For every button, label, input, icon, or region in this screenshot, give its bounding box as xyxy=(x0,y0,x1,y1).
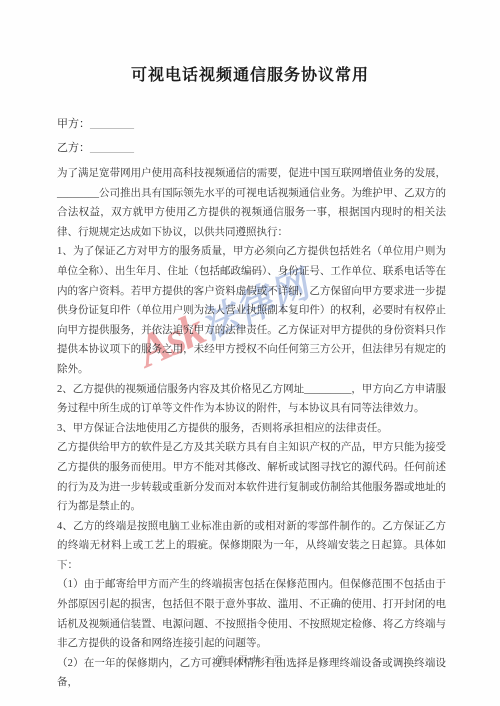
paragraph-clause-3: 3、甲方保证合法地使用乙方提供的服务，否则将承担相应的法律责任。 xyxy=(57,419,446,439)
document-body: 为了满足宽带网用户使用高科技视频通信的需要，促进中国互联网增值业务的发展，___… xyxy=(57,164,446,693)
paragraph-preamble: 为了满足宽带网用户使用高科技视频通信的需要，促进中国互联网增值业务的发展，___… xyxy=(57,164,446,242)
document-title: 可视电话视频通信服务协议常用 xyxy=(0,62,500,85)
parties-block: 甲方：________ 乙方：________ xyxy=(57,112,500,160)
party-a-blank: ________ xyxy=(90,118,134,130)
party-b-line: 乙方：________ xyxy=(57,136,500,160)
party-b-label: 乙方： xyxy=(57,142,90,154)
party-a-line: 甲方：________ xyxy=(57,112,500,136)
document-page: Ask法律网 可视电话视频通信服务协议常用 甲方：________ 乙方：___… xyxy=(0,0,500,706)
party-a-label: 甲方： xyxy=(57,118,90,130)
paragraph-clause-4: 4、乙方的终端是按照电脑工业标准由新的或相对新的零部件制作的。乙方保证乙方的终端… xyxy=(57,517,446,576)
party-b-blank: ________ xyxy=(90,142,134,154)
paragraph-clause-4-item-1: （1）由于邮寄给甲方而产生的终端损害包括在保修范围内。但保修范围不包括由于外部原… xyxy=(57,575,446,653)
page-number: 第 1 页 共 3 页 xyxy=(0,653,500,666)
paragraph-clause-3-software: 乙方提供给甲方的软件是乙方及其关联方具有自主知识产权的产品，甲方只能为接受乙方提… xyxy=(57,438,446,516)
paragraph-clause-1: 1、为了保证乙方对甲方的服务质量，甲方必须向乙方提供包括姓名（单位用户则为单位全… xyxy=(57,242,446,379)
paragraph-clause-2: 2、乙方提供的视频通信服务内容及其价格见乙方网址_________，甲方向乙方申… xyxy=(57,380,446,419)
